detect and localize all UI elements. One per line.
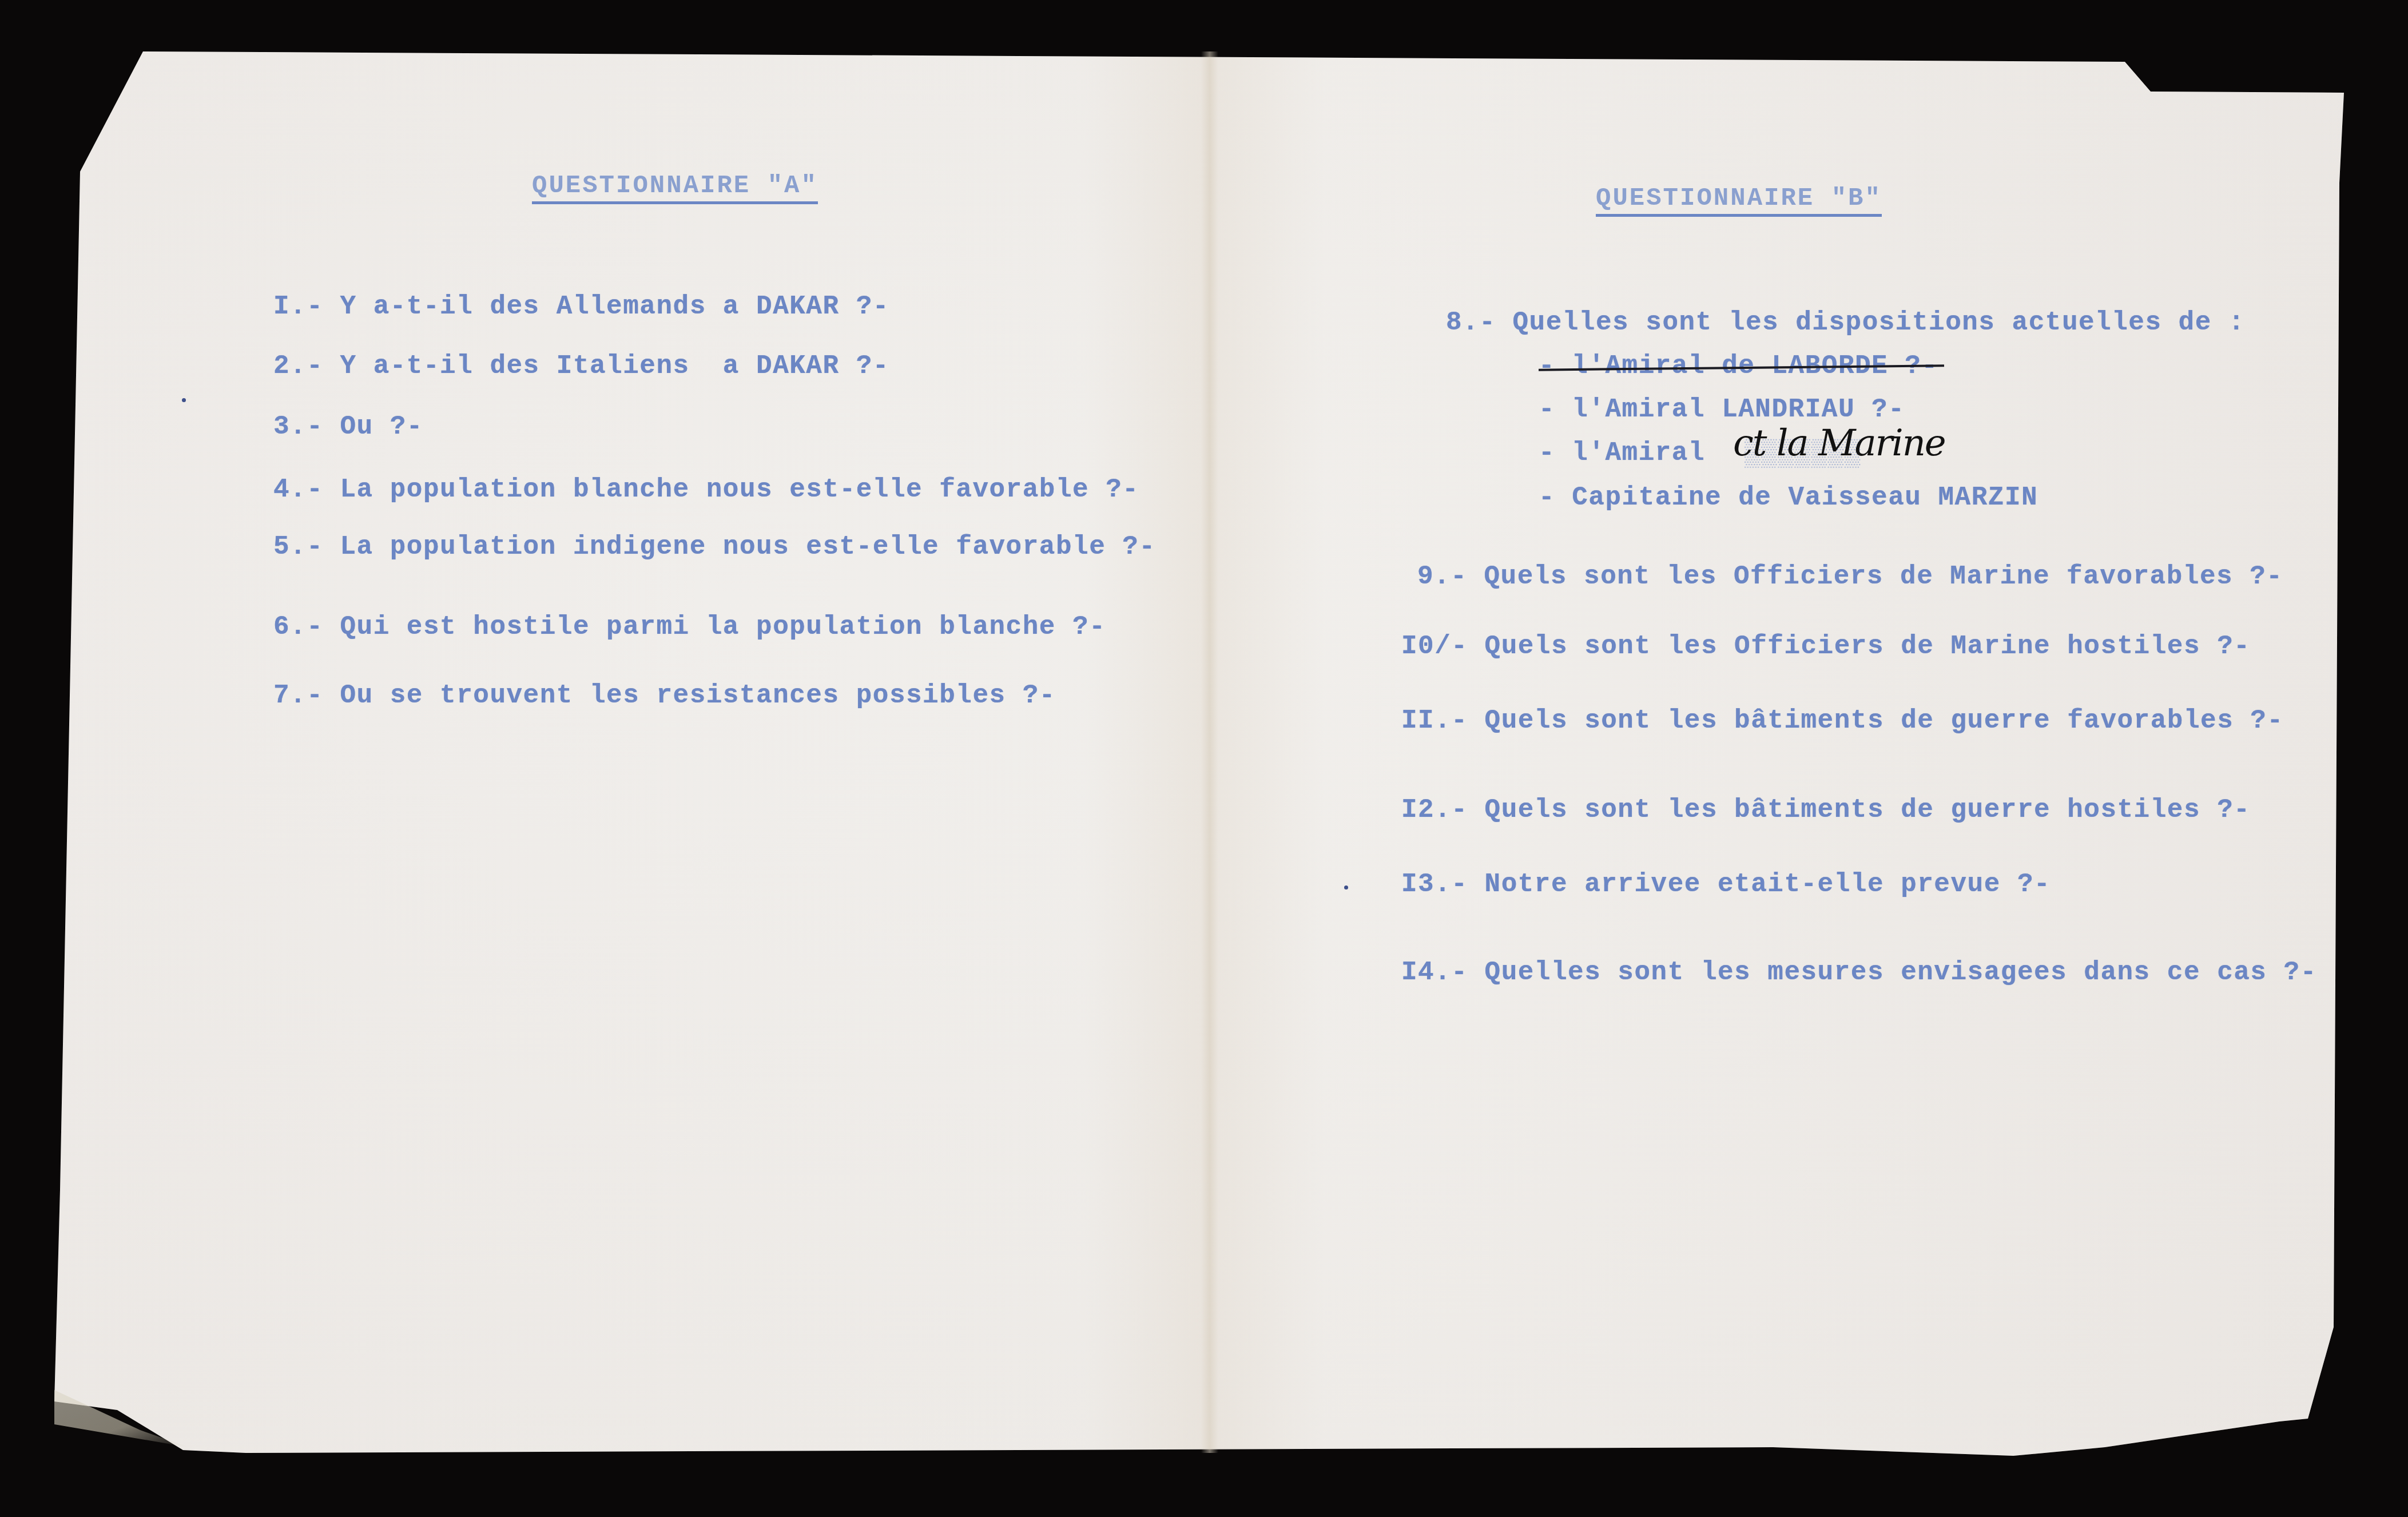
subitem-text: - Capitaine de Vaisseau MARZIN xyxy=(1539,483,2038,513)
center-fold xyxy=(1201,51,1218,1453)
question-text: La population indigene nous est-elle fav… xyxy=(340,532,1155,562)
questionnaire-b-title: QUESTIONNAIRE "B" xyxy=(1596,184,1882,217)
question-text: Quels sont les bâtiments de guerre hosti… xyxy=(1485,795,2251,825)
question-number: 4.- xyxy=(273,475,323,505)
question-number: II.- xyxy=(1401,706,1468,736)
question-number: 7.- xyxy=(273,681,323,710)
question-text: Quelles sont les mesures envisagees dans… xyxy=(1485,958,2317,987)
question-14: I4.- Quelles sont les mesures envisagees… xyxy=(1401,956,2317,988)
question-7: 7.- Ou se trouvent les resistances possi… xyxy=(273,680,1056,712)
question-text: Quelles sont les dispositions actuelles … xyxy=(1512,308,2245,337)
question-text: Ou ?- xyxy=(340,412,423,442)
question-text: Ou se trouvent les resistances possibles… xyxy=(340,681,1056,710)
subitem-text: - l'Amiral LANDRIAU ?- xyxy=(1539,395,1905,424)
question-number: 8.- xyxy=(1446,308,1496,337)
question-number: I3.- xyxy=(1401,869,1468,899)
question-12: I2.- Quels sont les bâtiments de guerre … xyxy=(1401,794,2250,826)
question-text: Y a-t-il des Allemands a DAKAR ?- xyxy=(340,292,889,321)
question-text: Notre arrivee etait-elle prevue ?- xyxy=(1485,869,2051,899)
question-2: 2.- Y a-t-il des Italiens a DAKAR ?- xyxy=(273,350,889,382)
question-10: I0/- Quels sont les Officiers de Marine … xyxy=(1401,630,2250,662)
question-number: I4.- xyxy=(1401,958,1468,987)
subitem-laborde: - l'Amiral de LABORDE ?- xyxy=(1539,350,1938,382)
question-number: 2.- xyxy=(273,351,323,381)
subitem-landriau: - l'Amiral LANDRIAU ?- xyxy=(1539,394,1905,426)
ink-speck xyxy=(182,398,186,402)
ink-speck xyxy=(1344,885,1348,889)
question-3: 3.- Ou ?- xyxy=(273,411,423,443)
handwritten-annotation: ct la Marine xyxy=(1733,422,1945,464)
question-text: La population blanche nous est-elle favo… xyxy=(340,475,1139,505)
question-number: I2.- xyxy=(1401,795,1468,825)
question-number: 9.- xyxy=(1417,562,1467,591)
question-text: Quels sont les Officiers de Marine favor… xyxy=(1484,562,2283,591)
question-number: I.- xyxy=(273,292,323,321)
question-text: Quels sont les Officiers de Marine hosti… xyxy=(1485,632,2251,661)
question-8: 8.- Quelles sont les dispositions actuel… xyxy=(1446,307,2245,339)
questionnaire-a-title: QUESTIONNAIRE "A" xyxy=(532,172,818,204)
question-5: 5.- La population indigene nous est-elle… xyxy=(273,531,1156,563)
question-number: 5.- xyxy=(273,532,323,562)
question-number: 6.- xyxy=(273,612,323,642)
question-11: II.- Quels sont les bâtiments de guerre … xyxy=(1401,705,2284,737)
question-text: Y a-t-il des Italiens a DAKAR ?- xyxy=(340,351,889,381)
question-number: I0/- xyxy=(1401,632,1468,661)
struck-text: - l'Amiral de LABORDE ?- xyxy=(1539,351,1938,381)
question-9: 9.- Quels sont les Officiers de Marine f… xyxy=(1417,561,2283,593)
subitem-amiral-obscured: - l'Amiral xyxy=(1539,437,1705,469)
question-number: 3.- xyxy=(273,412,323,442)
question-6: 6.- Qui est hostile parmi la population … xyxy=(273,611,1106,643)
subitem-text: - l'Amiral xyxy=(1539,438,1705,468)
question-text: Qui est hostile parmi la population blan… xyxy=(340,612,1106,642)
question-1: I.- Y a-t-il des Allemands a DAKAR ?- xyxy=(273,291,889,323)
question-4: 4.- La population blanche nous est-elle … xyxy=(273,474,1139,506)
question-text: Quels sont les bâtiments de guerre favor… xyxy=(1485,706,2284,736)
question-13: I3.- Notre arrivee etait-elle prevue ?- xyxy=(1401,868,2051,900)
subitem-marzin: - Capitaine de Vaisseau MARZIN xyxy=(1539,482,2038,514)
